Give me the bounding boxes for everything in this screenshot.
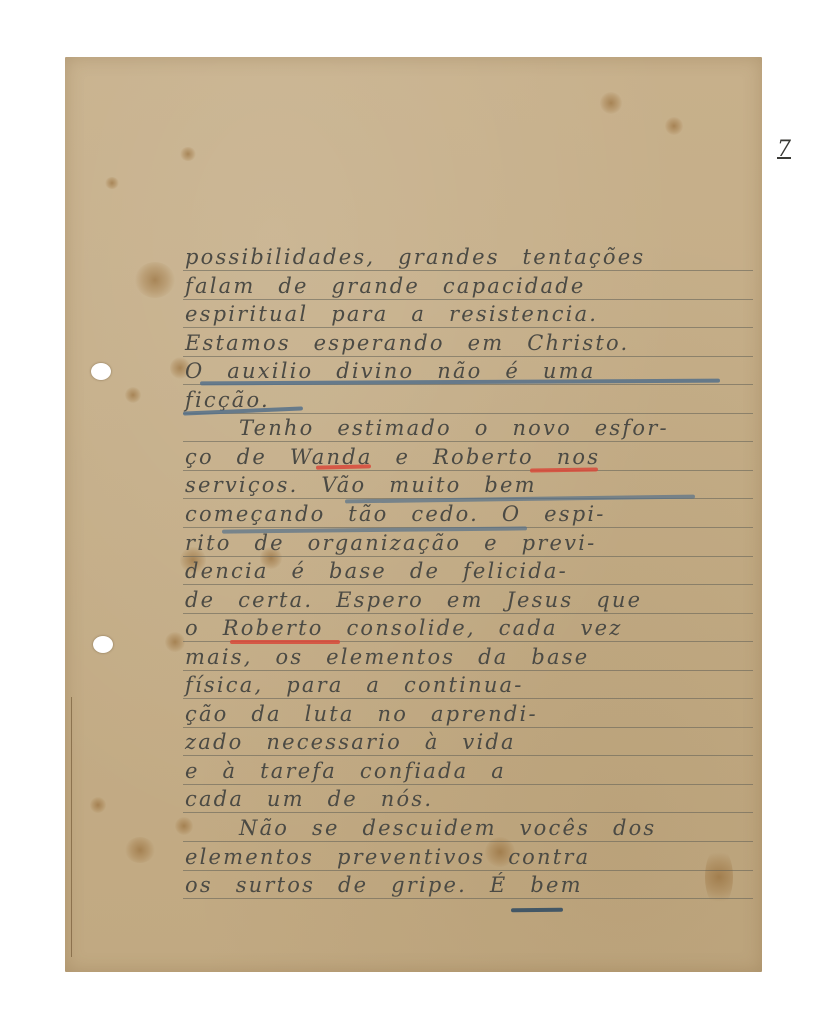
manuscript-line: e à tarefa confiada a: [183, 756, 753, 785]
foxing-stain: [180, 147, 196, 161]
handwritten-text: começando tão cedo. O espi-: [185, 502, 753, 526]
handwritten-text: zado necessario à vida: [185, 730, 753, 754]
manuscript-line: o Roberto consolide, cada vez: [183, 613, 753, 642]
handwritten-text: mais, os elementos da base: [185, 645, 753, 669]
handwritten-text: espiritual para a resistencia.: [185, 302, 753, 326]
red-underline: [230, 640, 340, 644]
manuscript-line: Estamos esperando em Christo.: [183, 328, 753, 357]
manuscript-line: possibilidades, grandes tentações: [183, 242, 753, 271]
manuscript-line: física, para a continua-: [183, 670, 753, 699]
foxing-stain: [600, 92, 622, 114]
handwritten-text: Não se descuidem vocês dos: [239, 816, 753, 840]
manuscript-line: ção da luta no aprendi-: [183, 699, 753, 728]
manuscript-line: zado necessario à vida: [183, 727, 753, 756]
manuscript-line: cada um de nós.: [183, 784, 753, 813]
manuscript-line: mais, os elementos da base: [183, 642, 753, 671]
manuscript-line: começando tão cedo. O espi-: [183, 499, 753, 528]
manuscript-line: ço de Wanda e Roberto nos: [183, 442, 753, 471]
handwritten-text: elementos preventivos contra: [185, 845, 753, 869]
handwritten-text: Estamos esperando em Christo.: [185, 331, 753, 355]
punch-hole: [93, 636, 113, 653]
foxing-stain: [105, 177, 119, 189]
handwritten-text: os surtos de gripe. É bem: [185, 873, 753, 897]
manuscript-line: dencia é base de felicida-: [183, 556, 753, 585]
handwritten-text: ço de Wanda e Roberto nos: [185, 445, 753, 469]
manuscript-line: de certa. Espero em Jesus que: [183, 585, 753, 614]
punch-hole: [91, 363, 111, 380]
handwritten-text: o Roberto consolide, cada vez: [185, 616, 753, 640]
handwritten-text: falam de grande capacidade: [185, 274, 753, 298]
manuscript-line: falam de grande capacidade: [183, 271, 753, 300]
foxing-stain: [90, 797, 106, 813]
handwritten-text: serviços. Vão muito bem: [185, 473, 753, 497]
handwritten-text: e à tarefa confiada a: [185, 759, 753, 783]
foxing-stain: [165, 632, 185, 652]
manuscript-line: elementos preventivos contra: [183, 842, 753, 871]
scan-canvas: 7 possibilidades, grandes tentaçõesfalam…: [0, 0, 830, 1024]
manuscript-line: Tenho estimado o novo esfor-: [183, 413, 753, 442]
manuscript-line: os surtos de gripe. É bem: [183, 870, 753, 899]
manuscript-line: Não se descuidem vocês dos: [183, 813, 753, 842]
handwritten-text: Tenho estimado o novo esfor-: [239, 416, 753, 440]
handwritten-text: de certa. Espero em Jesus que: [185, 588, 753, 612]
handwritten-text: possibilidades, grandes tentações: [185, 245, 753, 269]
handwritten-text: dencia é base de felicida-: [185, 559, 753, 583]
handwritten-text: ção da luta no aprendi-: [185, 702, 753, 726]
foxing-stain: [135, 262, 175, 298]
foxing-stain: [125, 837, 155, 863]
blue-underline: [511, 908, 563, 912]
handwritten-text: física, para a continua-: [185, 673, 753, 697]
manuscript-line: espiritual para a resistencia.: [183, 299, 753, 328]
handwritten-text: rito de organização e previ-: [185, 531, 753, 555]
foxing-stain: [125, 387, 141, 403]
page-number: 7: [777, 137, 791, 162]
handwritten-text: cada um de nós.: [185, 787, 753, 811]
foxing-stain: [665, 117, 683, 135]
